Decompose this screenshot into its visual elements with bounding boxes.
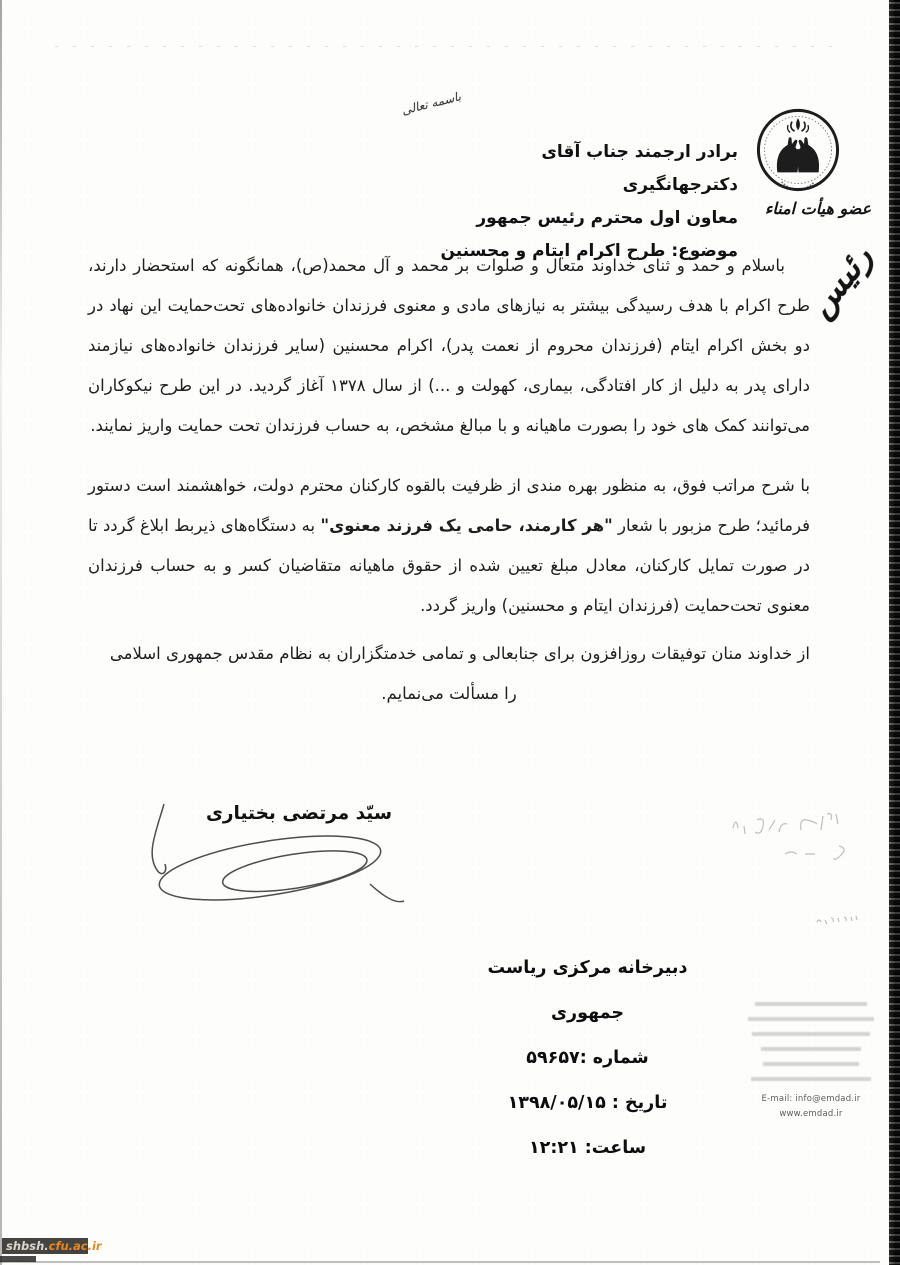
footer-website-text: www.emdad.ir [740, 1107, 882, 1122]
registry-stamp: دبیرخانه مرکزی ریاست جمهوری شماره :۵۹۶۵۷… [455, 946, 720, 1171]
stamp-time-line: ساعت: ۱۲:۲۱ [455, 1126, 720, 1171]
watermark-domain-text: cfu.ac.ir [49, 1239, 102, 1253]
scan-bottom-edge-line [0, 1261, 880, 1263]
scan-right-edge-band [889, 0, 900, 1265]
stamp-date-line: تاریخ : ۱۳۹۸/۰۵/۱۵ [455, 1081, 720, 1126]
illegible-address-line [748, 1017, 874, 1021]
letter-body: باسلام و حمد و ثنای خداوند متعال و صلوات… [88, 246, 810, 714]
illegible-address-line [763, 1062, 859, 1066]
watermark-notch [0, 1256, 36, 1262]
body-paragraph-1: باسلام و حمد و ثنای خداوند متعال و صلوات… [88, 246, 810, 446]
illegible-address-line [755, 1002, 867, 1006]
scanned-letter-page: باسمه تعالی عضو هیأت امناء رئیس برادر ار… [0, 0, 900, 1265]
stamp-office-line: دبیرخانه مرکزی ریاست جمهوری [455, 946, 720, 1036]
emdad-committee-logo-icon [755, 107, 841, 193]
recipient-name-line: برادر ارجمند جناب آقای دکترجهانگیری [438, 136, 738, 202]
site-watermark: shbsh.cfu.ac.ir [2, 1238, 88, 1254]
scan-noise-line [55, 46, 845, 47]
board-member-calligraphy: عضو هیأت امناء [744, 199, 892, 218]
illegible-address-line [751, 1077, 871, 1081]
slogan-bold-text: "هر کارمند، حامی یک فرزند معنوی" [320, 516, 612, 535]
illegible-address-line [752, 1032, 870, 1036]
body-paragraph-2: با شرح مراتب فوق، به منظور بهره مندی از … [88, 466, 810, 626]
chief-calligraphy: رئیس [800, 238, 880, 325]
stamp-number-line: شماره :۵۹۶۵۷ [455, 1036, 720, 1081]
recipient-title-line: معاون اول محترم رئیس جمهور [438, 202, 738, 235]
received-handwriting-marks [725, 800, 890, 934]
body-paragraph-3-last-line: را مسألت می‌نمایم. [88, 674, 810, 714]
footer-contact-block: E-mail: info@emdad.ir www.emdad.ir [740, 1002, 882, 1122]
body-paragraph-3: از خداوند منان توفیقات روزافزون برای جنا… [88, 634, 810, 674]
scan-left-edge-line [0, 0, 2, 1265]
watermark-prefix-text: shbsh. [6, 1239, 49, 1253]
bismillah-handwriting: باسمه تعالی [372, 89, 463, 124]
illegible-address-line [761, 1047, 861, 1051]
footer-email-text: E-mail: info@emdad.ir [740, 1092, 882, 1107]
signature-flourish [142, 798, 407, 922]
